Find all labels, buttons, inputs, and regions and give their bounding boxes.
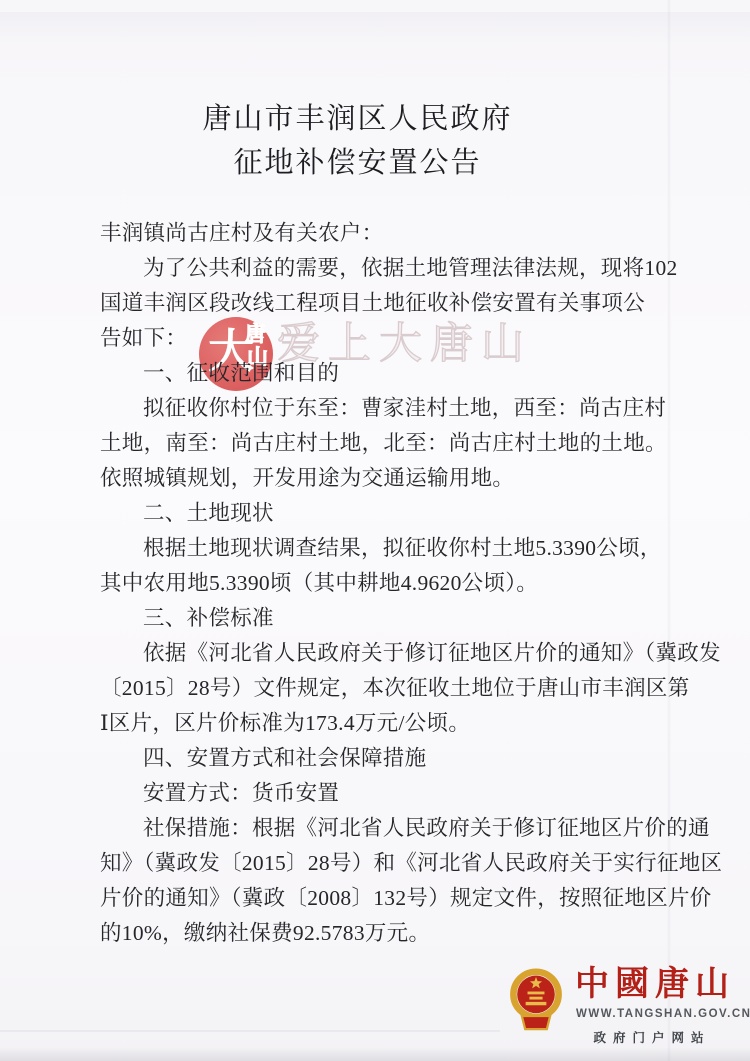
scan-shadow-bottom — [0, 1047, 750, 1061]
body-line: 为了公共利益的需要，依据土地管理法律法规，现将102 — [100, 251, 640, 286]
china-national-emblem-icon — [507, 968, 565, 1032]
body-line: 其中农用地5.3390顷（其中耕地4.9620公顷）。 — [100, 566, 640, 601]
scan-shadow-top — [0, 12, 750, 46]
body-line: 知》（冀政发〔2015〕28号）和《河北省人民政府关于实行征地区 — [100, 846, 640, 881]
body-line: 丰润镇尚古庄村及有关农户： — [100, 216, 640, 251]
scanned-notice-page: 大 唐 山 爱上大唐山 唐山市丰润区人民政府 征地补偿安置公告 丰润镇尚古庄村及… — [0, 0, 750, 1061]
body-line: 一、征收范围和目的 — [100, 356, 640, 391]
body-line: Ⅰ区片，区片价标准为173.4万元/公顷。 — [100, 706, 640, 741]
body-line: 安置方式：货币安置 — [100, 776, 640, 811]
body-line: 二、土地现状 — [100, 496, 640, 531]
site-url: WWW.TANGSHAN.GOV.CN — [576, 1008, 734, 1020]
body-line: 片价的通知》（冀政〔2008〕132号）规定文件，按照征地区片价 — [100, 881, 640, 916]
title-line-1: 唐山市丰润区人民政府 — [100, 97, 615, 141]
body-line: 〔2015〕28号）文件规定，本次征收土地位于唐山市丰润区第 — [100, 671, 640, 706]
site-tagline: 政府门户网站 — [576, 1028, 728, 1046]
body-line: 三、补偿标准 — [100, 601, 640, 636]
body-line: 根据土地现状调查结果，拟征收你村土地5.3390公顷， — [100, 531, 640, 566]
paper-crease-horizontal — [0, 1030, 500, 1032]
body-line: 依据《河北省人民政府关于修订征地区片价的通知》（冀政发 — [100, 636, 640, 671]
title-line-2: 征地补偿安置公告 — [100, 141, 615, 185]
body-line: 社保措施：根据《河北省人民政府关于修订征地区片价的通 — [100, 811, 640, 846]
body-line: 拟征收你村位于东至：曹家洼村土地，西至：尚古庄村 — [100, 391, 640, 426]
body-line: 土地，南至：尚古庄村土地，北至：尚古庄村土地的土地。 — [100, 426, 640, 461]
body-line: 告如下： — [100, 321, 640, 356]
document-title: 唐山市丰润区人民政府 征地补偿安置公告 — [100, 97, 615, 185]
body-line: 四、安置方式和社会保障措施 — [100, 741, 640, 776]
body-line: 的10%，缴纳社保费92.5783万元。 — [100, 916, 640, 951]
body-line: 依照城镇规划，开发用途为交通运输用地。 — [100, 461, 640, 496]
body-line: 国道丰润区段改线工程项目土地征收补偿安置有关事项公 — [100, 286, 640, 321]
site-brand: 中國唐山 — [575, 966, 733, 1004]
document-body: 丰润镇尚古庄村及有关农户：为了公共利益的需要，依据土地管理法律法规，现将102国… — [100, 216, 640, 951]
